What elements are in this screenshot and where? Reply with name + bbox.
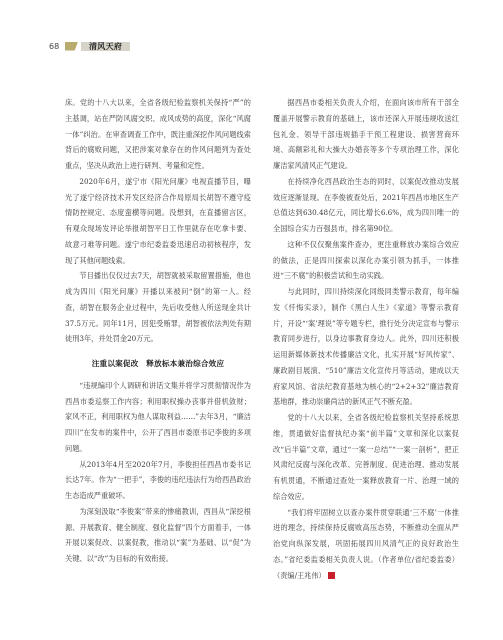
right-column: 据西昌市委相关负责人介绍，在面向该市所有干部全覆盖开展警示教育的基础上，该市还深… (273, 95, 459, 583)
paragraph: 为深刻汲取“李俊案”带来的惨痛教训，西昌从“深挖根源、开展教育、健全制度、强化监… (65, 504, 251, 567)
section-tag-shape (65, 42, 78, 51)
page-number: 68 (49, 42, 63, 51)
subheading: 注重以案促改 释放标本兼治综合效应 (65, 356, 251, 372)
section-title: 清风天府 (81, 42, 130, 51)
page-header: 68 清风天府 (49, 40, 130, 52)
paragraph-text: “我们将牢固树立以查办案件贯穿联通‘三不腐’一体推进的理念，持续保持反腐败高压态… (273, 508, 459, 580)
paragraph: 与此同时，四川持续深化同级同类警示教育，每年编发《忏悔实录》，制作《黑白人生》《… (273, 284, 459, 410)
paragraph: 床。党的十八大以来，全省各级纪检监察机关保持“严”的主基调，站在严防风腐交织、成… (65, 95, 251, 174)
left-column: 床。党的十八大以来，全省各级纪检监察机关保持“严”的主基调，站在严防风腐交织、成… (65, 95, 251, 567)
paragraph: 据西昌市委相关负责人介绍，在面向该市所有干部全覆盖开展警示教育的基础上，该市还深… (273, 95, 459, 174)
paragraph: 在持续净化西昌政治生态的同时，以案促改推动发展效应逐渐显现。在李俊被查处后，20… (273, 174, 459, 237)
paragraph: 党的十八大以来，全省各级纪检监察机关坚持系统思维，贯通做好监督执纪办案“前半篇”… (273, 410, 459, 505)
end-mark-icon: ID (328, 572, 335, 579)
paragraph: “违规编印个人调研和讲话文集并将学习贯彻情况作为西昌市委巡察工作内容；利用职权操… (65, 378, 251, 457)
final-paragraph: “我们将牢固树立以查办案件贯穿联通‘三不腐’一体推进的理念，持续保持反腐败高压态… (273, 505, 459, 584)
paragraph: 2020年6月，遂宁市《阳光问廉》电视直播节目，曝光了遂宁经济技术开发区经济合作… (65, 174, 251, 269)
paragraph: 从2013年4月至2020年7月，李俊担任西昌市委书记长达7年。作为“一把手”，… (65, 457, 251, 504)
paragraph: 节目播出仅仅过去7天，胡智就被采取留置措施，他也成为四川《阳光问廉》开播以来被问… (65, 268, 251, 347)
paragraph: 这种不仅仅聚焦案件查办，更注重释放办案综合效应的做法，正是四川探索以深化办案引领… (273, 237, 459, 284)
